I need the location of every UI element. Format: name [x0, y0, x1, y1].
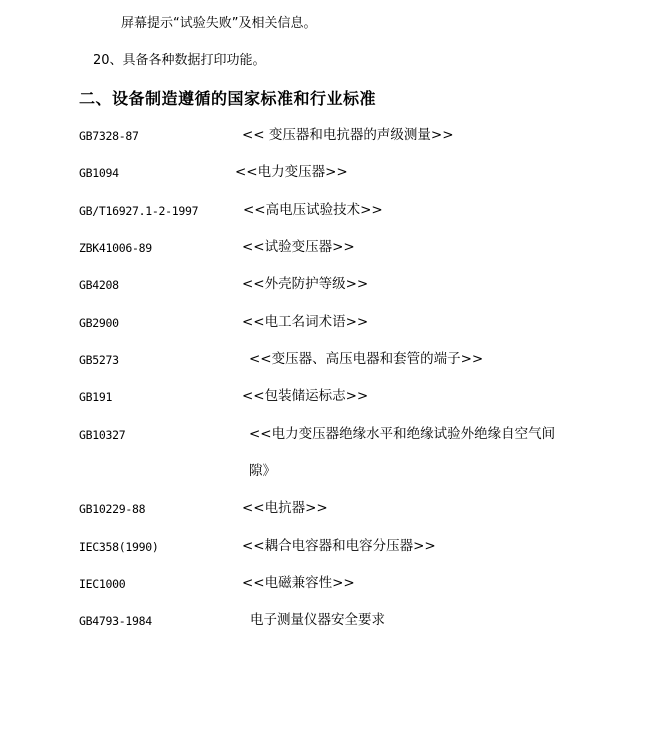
standard-code: GB7328-87	[79, 128, 139, 144]
intro-line-1: 屏幕提示“试验失败”及相关信息。	[121, 16, 316, 32]
standard-code: GB10327	[79, 427, 125, 443]
standard-title: <<包装储运标志>>	[242, 388, 368, 404]
standard-code: IEC358(1990)	[79, 539, 158, 555]
standard-title: <<电工名词术语>>	[242, 314, 368, 330]
standard-code: GB2900	[79, 315, 119, 331]
section-heading: 二、设备制造遵循的国家标准和行业标准	[79, 89, 376, 109]
standard-title: <<电力变压器>>	[235, 164, 348, 180]
standard-title: <<外壳防护等级>>	[242, 276, 368, 292]
standard-title: <<电磁兼容性>>	[242, 575, 355, 591]
standard-code: GB10229-88	[79, 501, 145, 517]
standard-title: 电子测量仪器安全要求	[250, 612, 385, 628]
standard-title: <<试验变压器>>	[242, 239, 355, 255]
standard-title: <<耦合电容器和电容分压器>>	[242, 538, 436, 554]
standard-code: GB191	[79, 389, 112, 405]
standard-title: <<电抗器>>	[242, 500, 328, 516]
standard-code: GB4793-1984	[79, 613, 152, 629]
standard-title: << 变压器和电抗器的声级测量>>	[242, 127, 454, 143]
standard-code: GB/T16927.1-2-1997	[79, 203, 198, 219]
standard-title: <<高电压试验技术>>	[243, 202, 383, 218]
standard-code: GB5273	[79, 352, 119, 368]
intro-line-2: 20、具备各种数据打印功能。	[93, 53, 266, 69]
standard-title: <<电力变压器绝缘水平和绝缘试验外绝缘自空气间	[249, 426, 555, 442]
standard-title-continued: 隙》	[249, 463, 276, 479]
standard-code: IEC1000	[79, 576, 125, 592]
standard-title: <<变压器、高压电器和套管的端子>>	[249, 351, 483, 367]
standard-code: GB4208	[79, 277, 119, 293]
standard-code: GB1094	[79, 165, 119, 181]
standard-code: ZBK41006-89	[79, 240, 152, 256]
